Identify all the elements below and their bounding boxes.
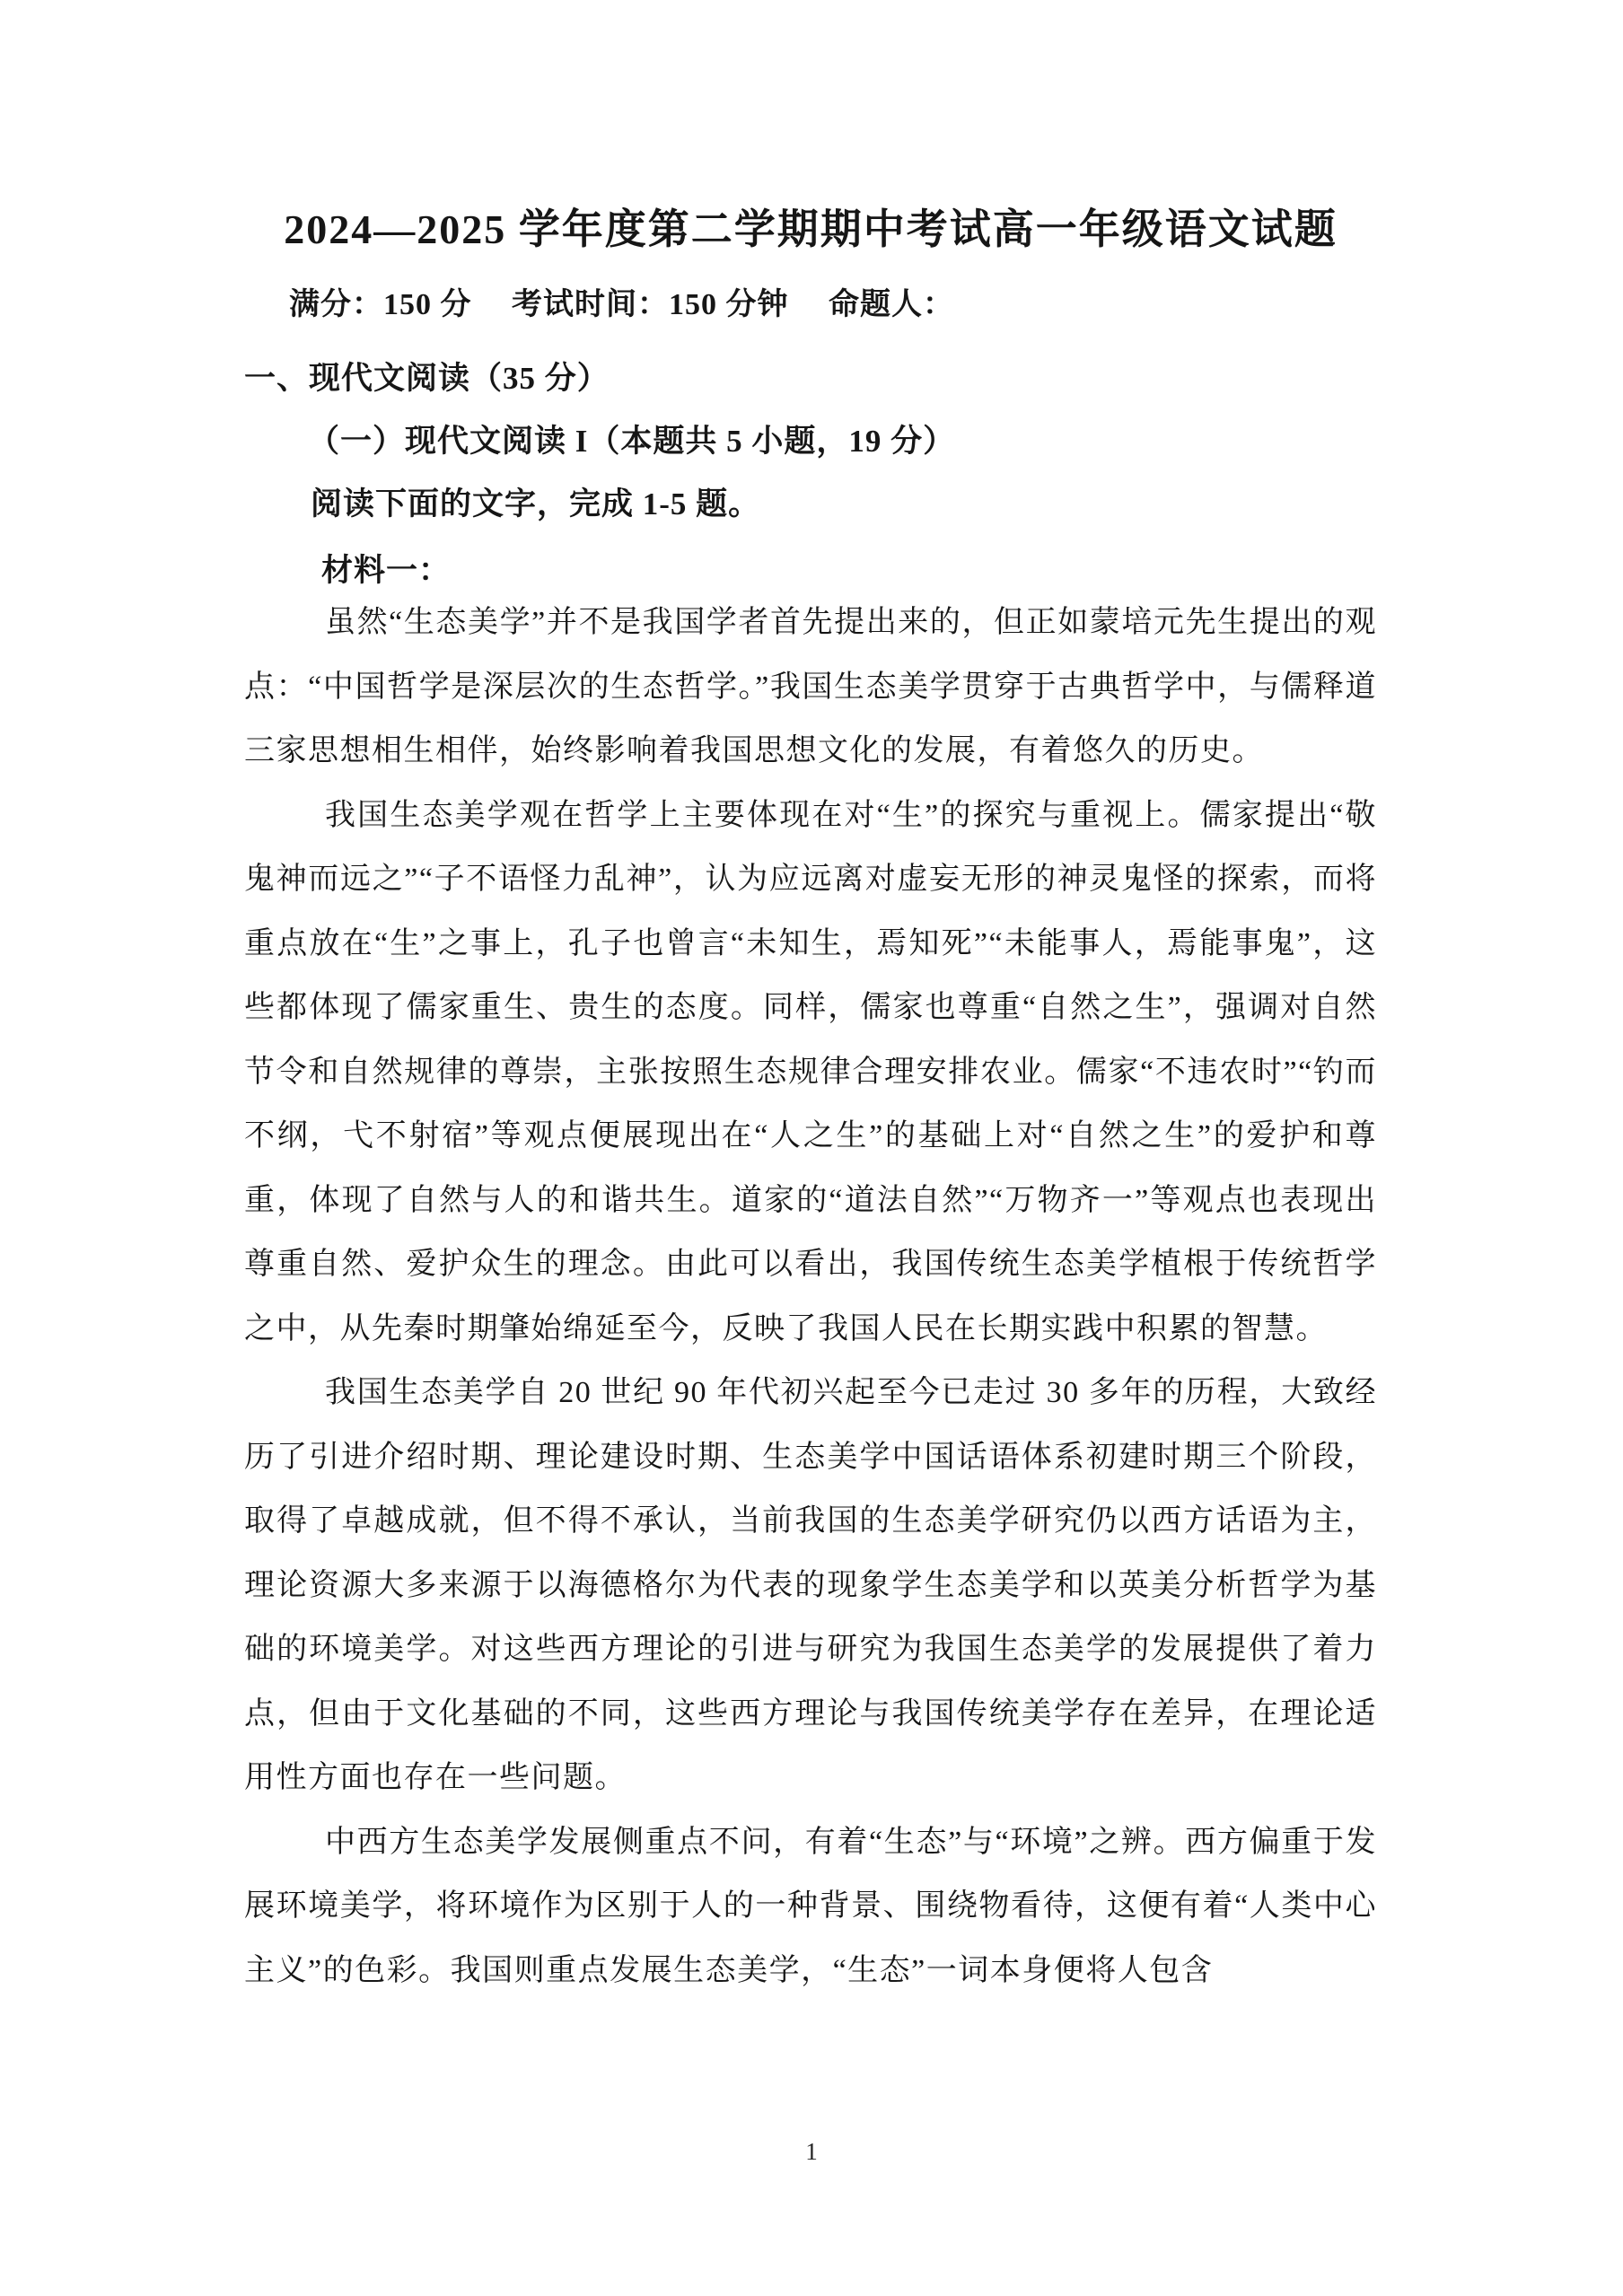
exam-title: 2024—2025 学年度第二学期期中考试高一年级语文试题 [244,202,1377,258]
material-paragraph-3: 我国生态美学自 20 世纪 90 年代初兴起至今已走过 30 多年的历程，大致经… [244,1361,1377,1810]
part-heading-reading-1: （一）现代文阅读 I（本题共 5 小题，19 分） [244,422,1377,461]
exam-meta-line: 满分：150 分 考试时间：150 分钟 命题人： [244,285,1377,325]
material-paragraph-4: 中西方生态美学发展侧重点不问，有着“生态”与“环境”之辨。西方偏重于发展环境美学… [244,1810,1377,2003]
reading-instruction: 阅读下面的文字，完成 1-5 题。 [244,485,1377,524]
material-paragraph-1: 虽然“生态美学”并不是我国学者首先提出来的，但正如蒙培元先生提出的观点：“中国哲… [244,591,1377,784]
material-paragraph-2: 我国生态美学观在哲学上主要体现在对“生”的探究与重视上。儒家提出“敬鬼神而远之”… [244,784,1377,1362]
section-heading-modern-reading: 一、现代文阅读（35 分） [244,359,1377,399]
material-one-label: 材料一： [244,551,1377,591]
page-content: 2024—2025 学年度第二学期期中考试高一年级语文试题 满分：150 分 考… [244,202,1377,2002]
exam-paper-page: 2024—2025 学年度第二学期期中考试高一年级语文试题 满分：150 分 考… [0,0,1623,2296]
page-number: 1 [0,2138,1623,2166]
